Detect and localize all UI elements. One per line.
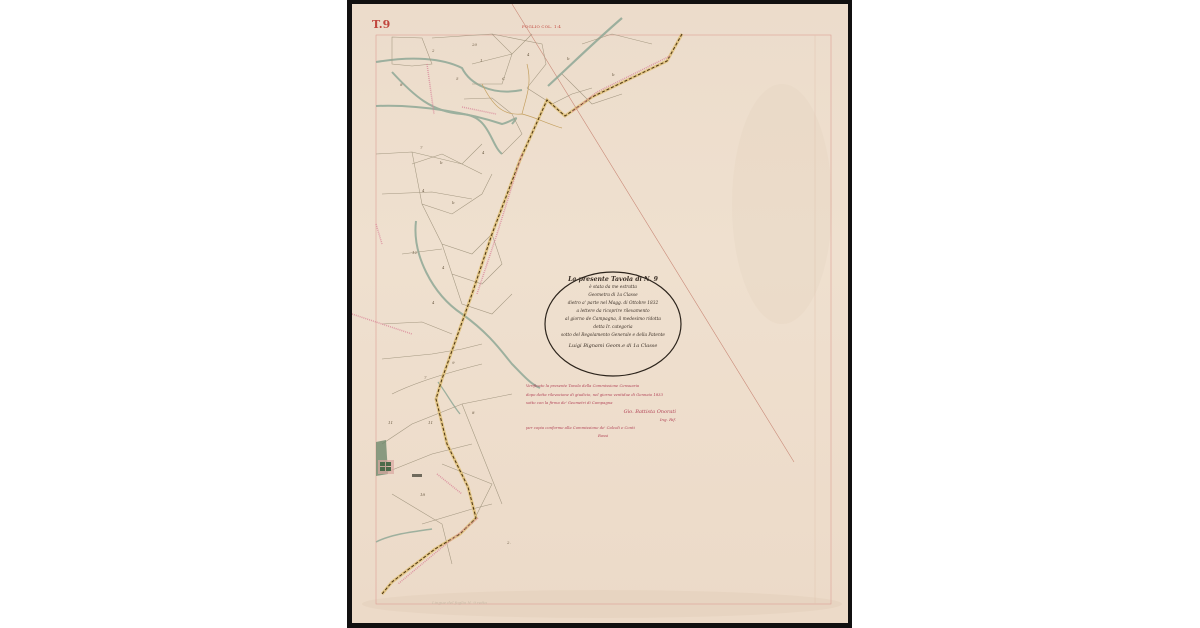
svg-text:4: 4	[526, 52, 530, 57]
cert-signature: Gio. Battista Onorati	[526, 408, 706, 417]
svg-text:2: 2	[431, 48, 435, 53]
svg-text:b: b	[452, 200, 455, 205]
map-sheet: 202 15 8C 4b b7 b4 4b 124 47 98 1111 182…	[352, 4, 848, 623]
cert-line: Verificato la presente Tavola della Comm…	[526, 382, 706, 391]
cartouche-oval	[543, 269, 683, 379]
svg-text:2.: 2.	[506, 540, 511, 545]
svg-text:18: 18	[420, 492, 426, 497]
cert-footer-line: per copia conforme alla Commissione de' …	[526, 423, 706, 432]
svg-text:4: 4	[441, 265, 445, 270]
svg-text:8: 8	[472, 410, 475, 415]
svg-text:4: 4	[421, 188, 425, 193]
bottom-note: Lingue del foglio N. 9 retto	[432, 600, 487, 605]
cert-line: sotto con la firma de' Geometri di Campa…	[526, 399, 706, 408]
svg-text:b: b	[612, 72, 615, 77]
svg-text:b: b	[440, 160, 443, 165]
svg-text:7: 7	[424, 375, 427, 380]
cert-footer-signature: Rossi	[526, 432, 706, 440]
svg-text:b: b	[567, 56, 570, 61]
svg-text:7: 7	[420, 145, 423, 150]
title-cartouche: La presente Tavola di N. 9 è stata da me…	[543, 269, 683, 379]
sheet-label: T.9	[372, 18, 390, 31]
certification-note: Verificato la presente Tavola della Comm…	[526, 382, 706, 440]
svg-text:12: 12	[412, 250, 418, 255]
scale-note: FOGLIO COL. 1:4	[522, 24, 561, 29]
svg-text:5: 5	[456, 76, 459, 81]
svg-text:9: 9	[452, 360, 455, 365]
svg-text:C: C	[502, 76, 505, 81]
svg-text:11: 11	[428, 420, 433, 425]
streams	[482, 64, 562, 128]
cert-line: dopo detta rilevazione di giudizio, nel …	[526, 391, 706, 400]
svg-text:1: 1	[480, 58, 483, 63]
svg-text:4: 4	[431, 300, 435, 305]
svg-text:4: 4	[481, 150, 485, 155]
svg-text:11: 11	[388, 420, 393, 425]
svg-text:20: 20	[471, 42, 478, 47]
village	[376, 440, 422, 477]
